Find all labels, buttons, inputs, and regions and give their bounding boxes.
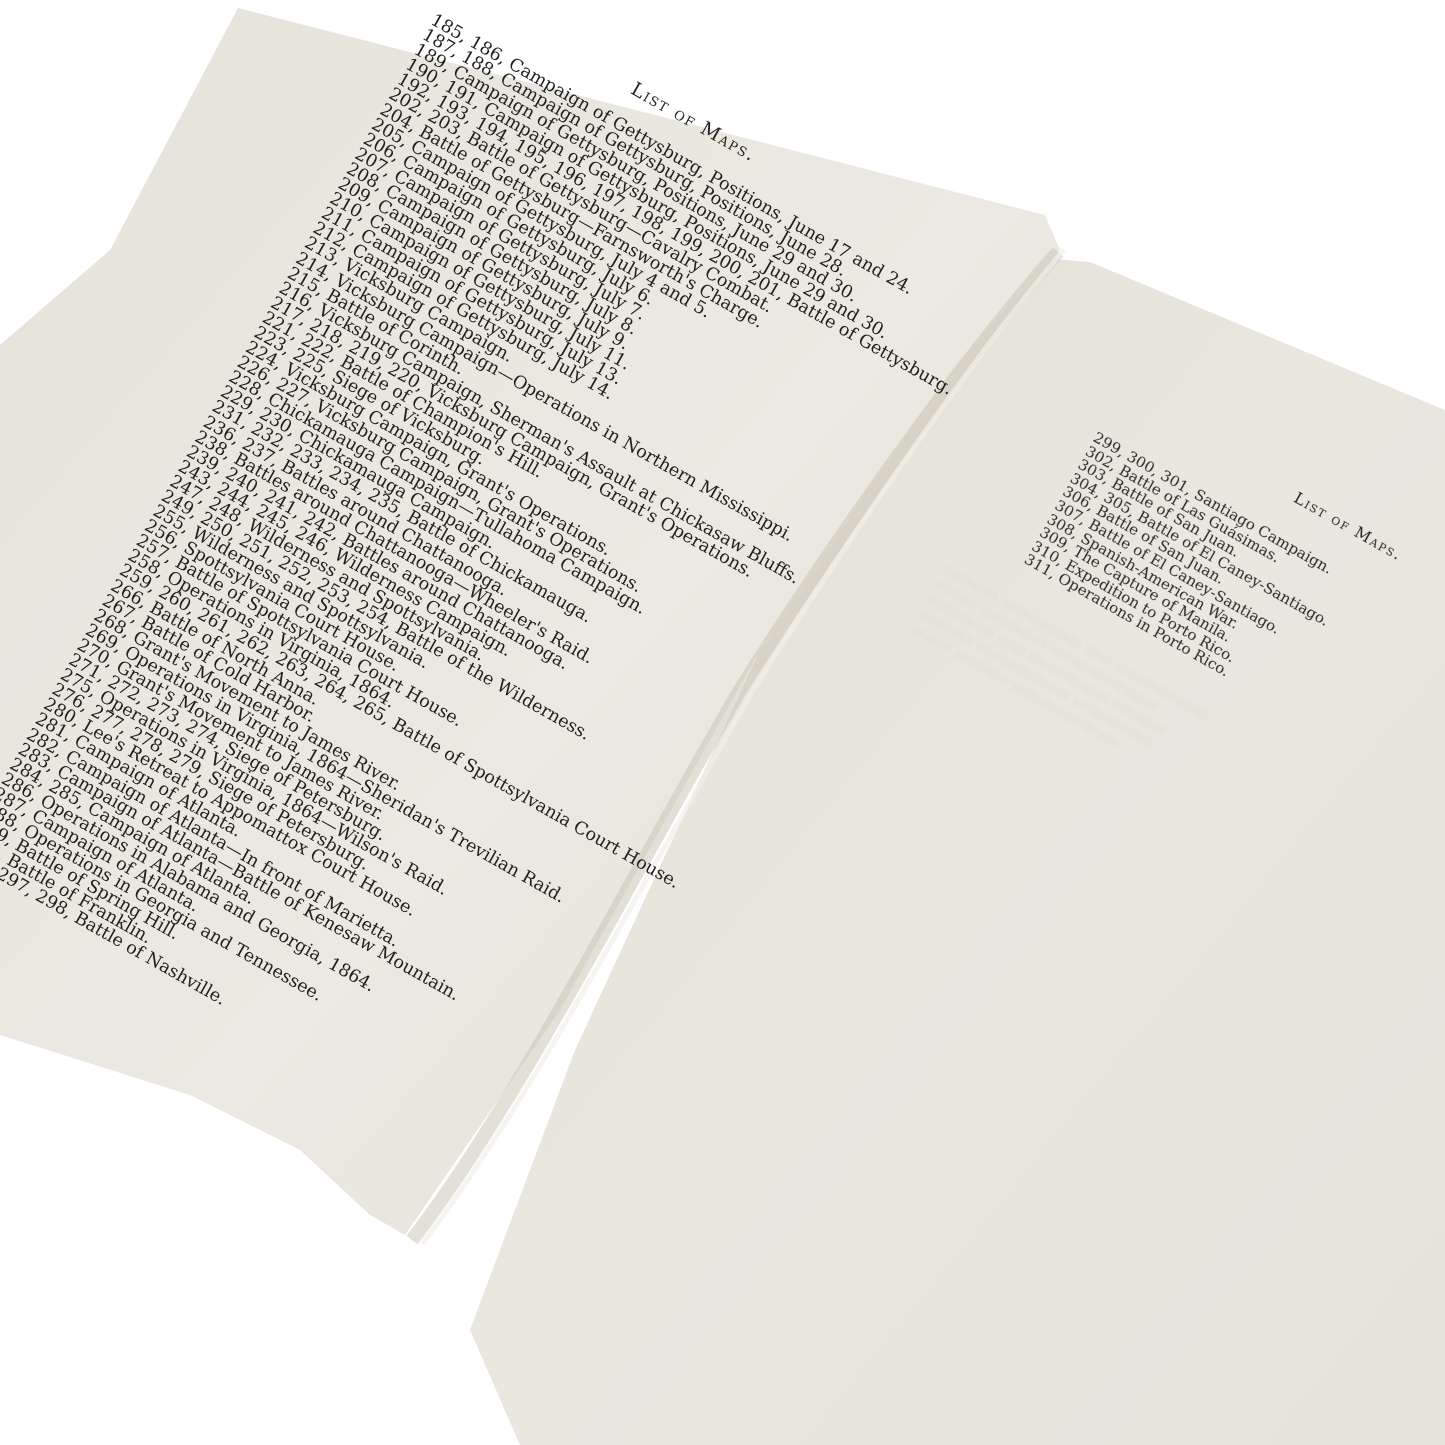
book-photo: ▭▭▭▭ ▭▭▭▭▭▭ ▭▭ ▭▭▭▭▭▭▭ ▭▭▭ ▭▭▭▭▭ ▭▭▭▭▭▭▭… <box>0 0 1445 1445</box>
